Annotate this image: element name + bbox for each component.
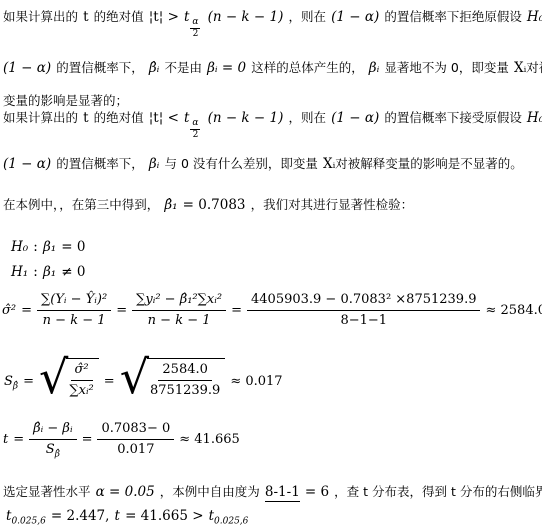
beta-hat-1: β̂₁ <box>164 197 177 213</box>
cn-text: 的绝对值 <box>94 9 144 24</box>
df-computation: 8-1-1 <box>265 484 300 502</box>
fraction-residuals: ∑(Yᵢ − Ŷᵢ)²n − k − 1 <box>37 292 111 328</box>
confidence-level: (1 − α) <box>331 110 379 126</box>
fraction-sums: ∑yᵢ² − β̂₁²∑xᵢ²n − k − 1 <box>132 292 226 328</box>
equals-sign: = <box>82 432 93 447</box>
cn-text: ，则在 <box>288 110 326 125</box>
cn-text: 不是由 <box>164 60 202 75</box>
paragraph-accept-rule: 如果计算出的 t 的绝对值 ¦t¦ < tα2 (n − k − 1) ，则在 … <box>3 107 542 141</box>
t-subscript: 0.025,6 <box>214 517 248 527</box>
t-subscript: 0.025,6 <box>11 517 45 527</box>
t-critical: t0.025,6 <box>209 508 249 524</box>
sigma-hat-squared: σ̂² <box>2 303 16 318</box>
df-result: = 6 <box>305 484 329 500</box>
fraction-numerator: 0.7083− 0 <box>97 421 174 440</box>
fraction-numerator: ∑(Yᵢ − Ŷᵢ)² <box>37 292 111 311</box>
paragraph-critical-value: t0.025,6 = 2.447, t = 41.665 > t0.025,6 <box>6 505 248 525</box>
equals-sign: = <box>116 303 127 318</box>
sqrt-numeric: √2584.08751239.9 <box>120 358 226 404</box>
fraction-denominator: ∑xᵢ² <box>69 381 93 399</box>
cn-text: 选定显著性水平 <box>3 484 91 499</box>
beta-1: β₁ <box>43 239 56 255</box>
cn-text: 显著地不为 0，即变量 <box>384 60 508 75</box>
s-subscript: β̂ <box>13 381 18 391</box>
cn-text: ，本例中自由度为 <box>160 484 260 499</box>
paragraph-reject-explain: (1 − α) 的置信概率下， β̂ᵢ 不是由 βᵢ = 0 这样的总体产生的，… <box>3 57 542 77</box>
colon: : <box>33 264 38 280</box>
approx-result: ≈ 2584.0 <box>485 303 542 318</box>
relation-zero: ≠ 0 <box>61 264 85 280</box>
s-beta-hat: Sβ̂ <box>4 374 18 389</box>
abs-t-expression: ¦t¦ > <box>149 9 179 25</box>
s-base: S <box>4 374 13 389</box>
fraction-symbolic: β̂ᵢ − βᵢSβ̂ <box>29 421 76 457</box>
cn-text: 对被解释变量的影响是不显著的。 <box>335 156 523 171</box>
variable-x-i: Xᵢ <box>514 60 526 76</box>
fraction-numerator: 2584.0 <box>158 362 212 381</box>
h1-symbol: H₁ <box>11 264 28 280</box>
cn-text: 在本例中，，在第三中得到， <box>3 197 159 212</box>
t-critical: t0.025,6 <box>6 508 46 524</box>
beta-1: β₁ <box>43 264 56 280</box>
paragraph-example-intro: 在本例中，，在第三中得到， β̂₁ = 0.7083 ，我们对其进行显著性检验： <box>3 194 413 214</box>
approx-result: ≈ 0.017 <box>230 374 282 389</box>
sqrt-body: σ̂²∑xᵢ² <box>66 358 98 398</box>
formula-sigma-squared: σ̂² = ∑(Yᵢ − Ŷᵢ)²n − k − 1 = ∑yᵢ² − β̂₁²… <box>2 292 542 328</box>
beta-i-equals-zero: βᵢ = 0 <box>207 60 246 76</box>
fraction-numeric: 0.7083− 00.017 <box>97 421 174 457</box>
alpha-over-2-subscript: α2 <box>190 18 200 40</box>
subscript-denominator: 2 <box>190 130 200 141</box>
cn-text: ，则在 <box>288 9 326 24</box>
comparison: = 41.665 > <box>125 508 203 524</box>
fraction-numerator: 4405903.9 − 0.7083² ×8751239.9 <box>247 292 480 311</box>
cn-text: 如果计算出的 <box>3 110 78 125</box>
fraction-numeric: 2584.08751239.9 <box>150 362 220 398</box>
equals-sign: = <box>21 303 32 318</box>
cn-text: 变量的影响是显著的； <box>3 93 128 108</box>
beta-hat-i: β̂ᵢ <box>149 60 160 76</box>
equals-sign: = <box>13 432 24 447</box>
fraction-denominator: 0.017 <box>117 440 154 458</box>
fraction-denominator: Sβ̂ <box>46 440 60 458</box>
cn-text: 与 0 没有什么差别，即变量 <box>164 156 317 171</box>
cn-text: 的绝对值 <box>94 110 144 125</box>
fraction-denominator: 8−1−1 <box>340 311 387 329</box>
fraction-denominator: n − k − 1 <box>43 311 106 329</box>
radical-sign: √ <box>120 354 149 400</box>
alpha-over-2-subscript: α2 <box>190 119 200 141</box>
confidence-level: (1 − α) <box>331 9 379 25</box>
subscript-denominator: 2 <box>190 29 200 40</box>
sqrt-body: 2584.08751239.9 <box>147 358 225 398</box>
fraction-variance: σ̂²∑xᵢ² <box>69 362 93 398</box>
null-hypothesis-symbol: H₀ <box>527 110 542 126</box>
colon: : <box>33 239 38 255</box>
beta-i: βᵢ <box>149 156 160 172</box>
math-t: t <box>83 110 88 126</box>
s-base: S <box>46 442 55 457</box>
confidence-level: (1 − α) <box>3 156 51 172</box>
beta-i: βᵢ <box>369 60 380 76</box>
cn-text: ，查 t 分布表，得到 t 分布的右侧临界值： <box>334 484 542 499</box>
cn-text: ，我们对其进行显著性检验： <box>251 197 414 212</box>
equals-sign: = <box>23 374 34 389</box>
paragraph-significance-level: 选定显著性水平 α = 0.05 ，本例中自由度为 8-1-1 = 6 ，查 t… <box>3 481 542 501</box>
cn-text: 的置信概率下， <box>56 156 144 171</box>
equals-sign: = <box>104 374 115 389</box>
document-page: { "page": { "background": "#ffffff", "te… <box>0 0 542 528</box>
cn-text: 的置信概率下拒绝原假设 <box>384 9 522 24</box>
fraction-denominator: 8751239.9 <box>150 381 220 399</box>
fraction-numeric: 4405903.9 − 0.7083² ×8751239.98−1−1 <box>247 292 480 328</box>
degrees-of-freedom: (n − k − 1) <box>208 9 284 25</box>
t-symbol: t <box>3 432 8 447</box>
degrees-of-freedom: (n − k − 1) <box>208 110 284 126</box>
t-critical-base: t <box>184 9 189 25</box>
fraction-numerator: σ̂² <box>71 362 93 381</box>
alpha-value: α = 0.05 <box>96 484 155 500</box>
approx-result: ≈ 41.665 <box>179 432 240 447</box>
equals-sign: = <box>231 303 242 318</box>
s-subscript: β̂ <box>55 449 60 459</box>
subscript-numerator: α <box>190 119 200 130</box>
formula-t-statistic: t = β̂ᵢ − βᵢSβ̂ = 0.7083− 00.017 ≈ 41.66… <box>3 421 240 457</box>
abs-t-expression: ¦t¦ < <box>149 110 179 126</box>
null-hypothesis-symbol: H₀ <box>527 9 542 25</box>
relation-zero: = 0 <box>61 239 85 255</box>
cn-text: 对被解释 <box>526 60 542 75</box>
subscript-numerator: α <box>190 18 200 29</box>
t-symbol: t <box>115 508 120 524</box>
cn-text: 的置信概率下， <box>56 60 144 75</box>
alt-hypothesis-line: H₁ : β₁ ≠ 0 <box>11 261 85 281</box>
cn-text: 如果计算出的 <box>3 9 78 24</box>
cn-text: 的置信概率下接受原假设 <box>384 110 522 125</box>
fraction-denominator: n − k − 1 <box>148 311 211 329</box>
paragraph-accept-explain: (1 − α) 的置信概率下， βᵢ 与 0 没有什么差别，即变量 Xᵢ对被解释… <box>3 153 523 173</box>
sqrt-symbolic: √σ̂²∑xᵢ² <box>39 358 99 404</box>
t-critical-base: t <box>184 110 189 126</box>
fraction-numerator: β̂ᵢ − βᵢ <box>29 421 76 440</box>
formula-standard-error: Sβ̂ = √σ̂²∑xᵢ² = √2584.08751239.9 ≈ 0.01… <box>4 358 283 404</box>
estimate-value: = 0.7083 <box>183 197 246 213</box>
paragraph-reject-rule: 如果计算出的 t 的绝对值 ¦t¦ > tα2 (n − k − 1) ，则在 … <box>3 6 542 40</box>
null-hypothesis-line: H₀ : β₁ = 0 <box>11 236 85 256</box>
radical-sign: √ <box>39 354 68 400</box>
confidence-level: (1 − α) <box>3 60 51 76</box>
h0-symbol: H₀ <box>11 239 28 255</box>
cn-text: 这样的总体产生的， <box>251 60 364 75</box>
fraction-numerator: ∑yᵢ² − β̂₁²∑xᵢ² <box>132 292 226 311</box>
math-t: t <box>83 9 88 25</box>
variable-x-i: Xᵢ <box>323 156 335 172</box>
critical-value: = 2.447, <box>51 508 110 524</box>
